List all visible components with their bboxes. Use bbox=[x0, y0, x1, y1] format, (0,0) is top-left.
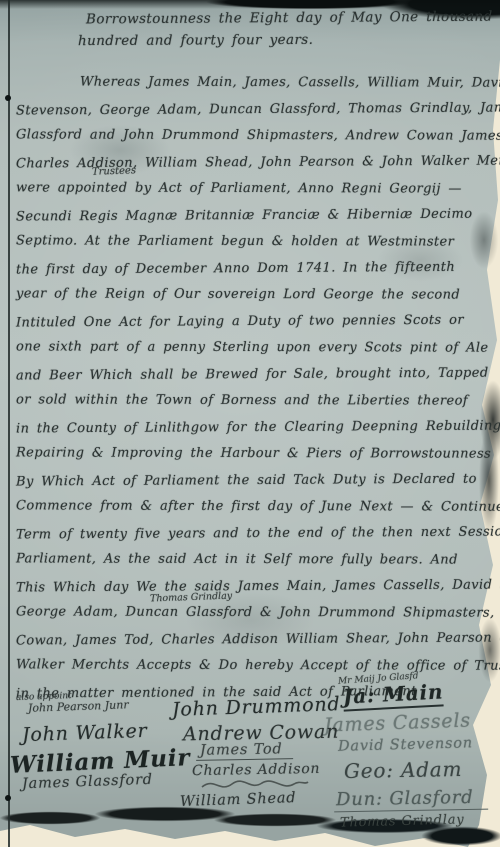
manuscript-line: Parliament, As the said Act in it Self m… bbox=[16, 546, 498, 574]
manuscript-line: By Which Act of Parliament the said Tack… bbox=[16, 466, 498, 495]
document-heading: Borrowstounness the Eight day of May One… bbox=[16, 10, 492, 48]
manuscript-line: in the County of Linlithgow for the Clea… bbox=[16, 413, 498, 442]
heading-line: hundred and fourty four years. bbox=[78, 31, 492, 49]
manuscript-line: Cowan, James Tod, Charles Addison Willia… bbox=[16, 625, 498, 654]
manuscript-line: Secundi Regis Magnæ Britanniæ Franciæ & … bbox=[16, 201, 498, 230]
signature-geo-adam: Geo: Adam bbox=[344, 757, 463, 783]
manuscript-line: Glassford and John Drummond Shipmasters,… bbox=[16, 122, 498, 150]
signature-dun-glasford: Dun: Glasford bbox=[334, 787, 488, 813]
manuscript-line: Walker Merchts Accepts & Do hereby Accep… bbox=[16, 652, 498, 680]
interlineation-trustees: Trustees bbox=[92, 165, 136, 178]
manuscript-line: Commence from & after the first day of J… bbox=[16, 493, 498, 521]
manuscript-line: Charles Addison, William Shead, John Pea… bbox=[16, 148, 498, 177]
manuscript-line: year of the Reign of Our sovereign Lord … bbox=[16, 281, 498, 309]
manuscript-line: the first day of December Anno Dom 1741.… bbox=[16, 254, 498, 283]
pen-flourish bbox=[200, 775, 310, 795]
manuscript-line: one sixth part of a penny Sterling upon … bbox=[16, 334, 498, 362]
manuscript-line: and Beer Which shall be Brewed for Sale,… bbox=[16, 360, 498, 389]
manuscript-line: or sold within the Town of Borness and t… bbox=[16, 387, 498, 415]
manuscript-line: Whereas James Main, James, Cassells, Wil… bbox=[16, 69, 498, 97]
manuscript-line: George Adam, Duncan Glassford & John Dru… bbox=[16, 599, 498, 627]
manuscript-line: Term of twenty five years and to the end… bbox=[16, 519, 498, 548]
signature-james-tod: James Tod bbox=[196, 741, 293, 761]
manuscript-line: Stevenson, George Adam, Duncan Glassford… bbox=[16, 95, 498, 124]
binding-hole-top bbox=[5, 95, 11, 101]
manuscript-line: Repairing & Improving the Harbour & Pier… bbox=[16, 440, 498, 468]
document-body: Whereas James Main, James, Cassells, Wil… bbox=[16, 70, 498, 706]
manuscript-scan: Borrowstounness the Eight day of May One… bbox=[0, 0, 500, 847]
manuscript-line: Septimo. At the Parliament begun & holde… bbox=[16, 228, 498, 256]
heading-line: Borrowstounness the Eight day of May One… bbox=[86, 9, 492, 28]
binding-edge-line bbox=[8, 0, 10, 847]
manuscript-line: were appointed by Act of Parliament, Ann… bbox=[16, 175, 498, 203]
signature-ja-main: Ja: Main bbox=[342, 679, 444, 711]
manuscript-line: Intituled One Act for Laying a Duty of t… bbox=[16, 307, 498, 336]
manuscript-line: This Which day We the saids James Main, … bbox=[16, 572, 498, 601]
binding-hole-bottom bbox=[5, 795, 11, 801]
signature-john-walker: John Walker bbox=[22, 720, 148, 746]
